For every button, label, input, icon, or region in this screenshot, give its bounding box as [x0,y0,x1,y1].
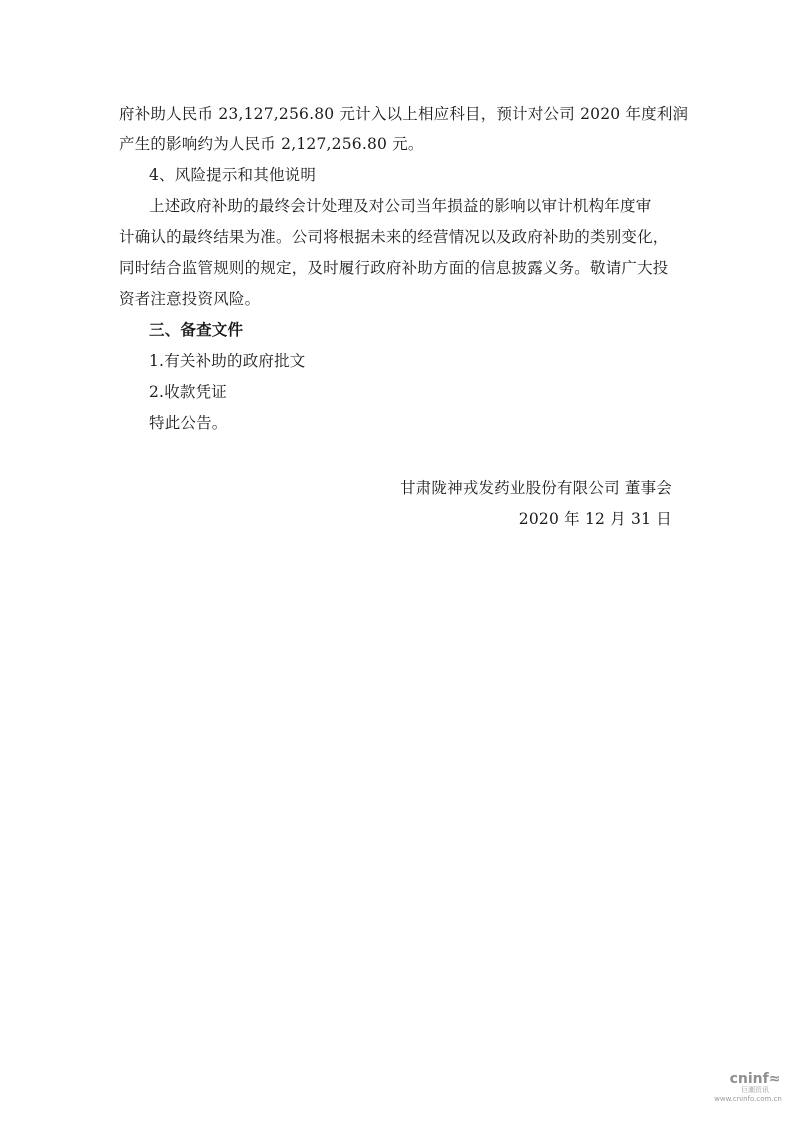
brand-text: cninf [730,1071,769,1087]
paragraph-line: 产生的影响约为人民币 2,127,256.80 元。 [119,134,424,154]
paragraph-line: 计确认的最终结果为准。公司将根据未来的经营情况以及政府补助的类别变化， [119,227,669,247]
paragraph-line: 资者注意投资风险。 [119,289,260,309]
attachment-item: 2.收款凭证 [149,382,227,402]
signature-company: 甘肃陇神戎发药业股份有限公司 董事会 [400,478,672,498]
signature-date: 2020 年 12 月 31 日 [519,509,672,529]
section-4-heading: 4、风险提示和其他说明 [149,165,316,185]
brand-cn: 巨潮资讯 [725,1086,785,1095]
swirl-icon: ≈ [769,1071,781,1087]
paragraph-line: 府补助人民币 23,127,256.80 元计入以上相应科目，预计对公司 202… [119,104,688,124]
brand-url: www.cninfo.com.cn [711,1095,785,1104]
cninfo-logo-icon: cninf≈ [725,1072,785,1086]
cninfo-watermark: cninf≈ 巨潮资讯 www.cninfo.com.cn [725,1072,785,1104]
paragraph-line: 上述政府补助的最终会计处理及对公司当年损益的影响以审计机构年度审 [149,196,651,216]
section-3-heading: 三、备查文件 [149,320,243,340]
closing-text: 特此公告。 [149,413,228,433]
paragraph-line: 同时结合监管规则的规定，及时履行政府补助方面的信息披露义务。敬请广大投 [119,258,669,278]
attachment-item: 1.有关补助的政府批文 [149,351,306,371]
